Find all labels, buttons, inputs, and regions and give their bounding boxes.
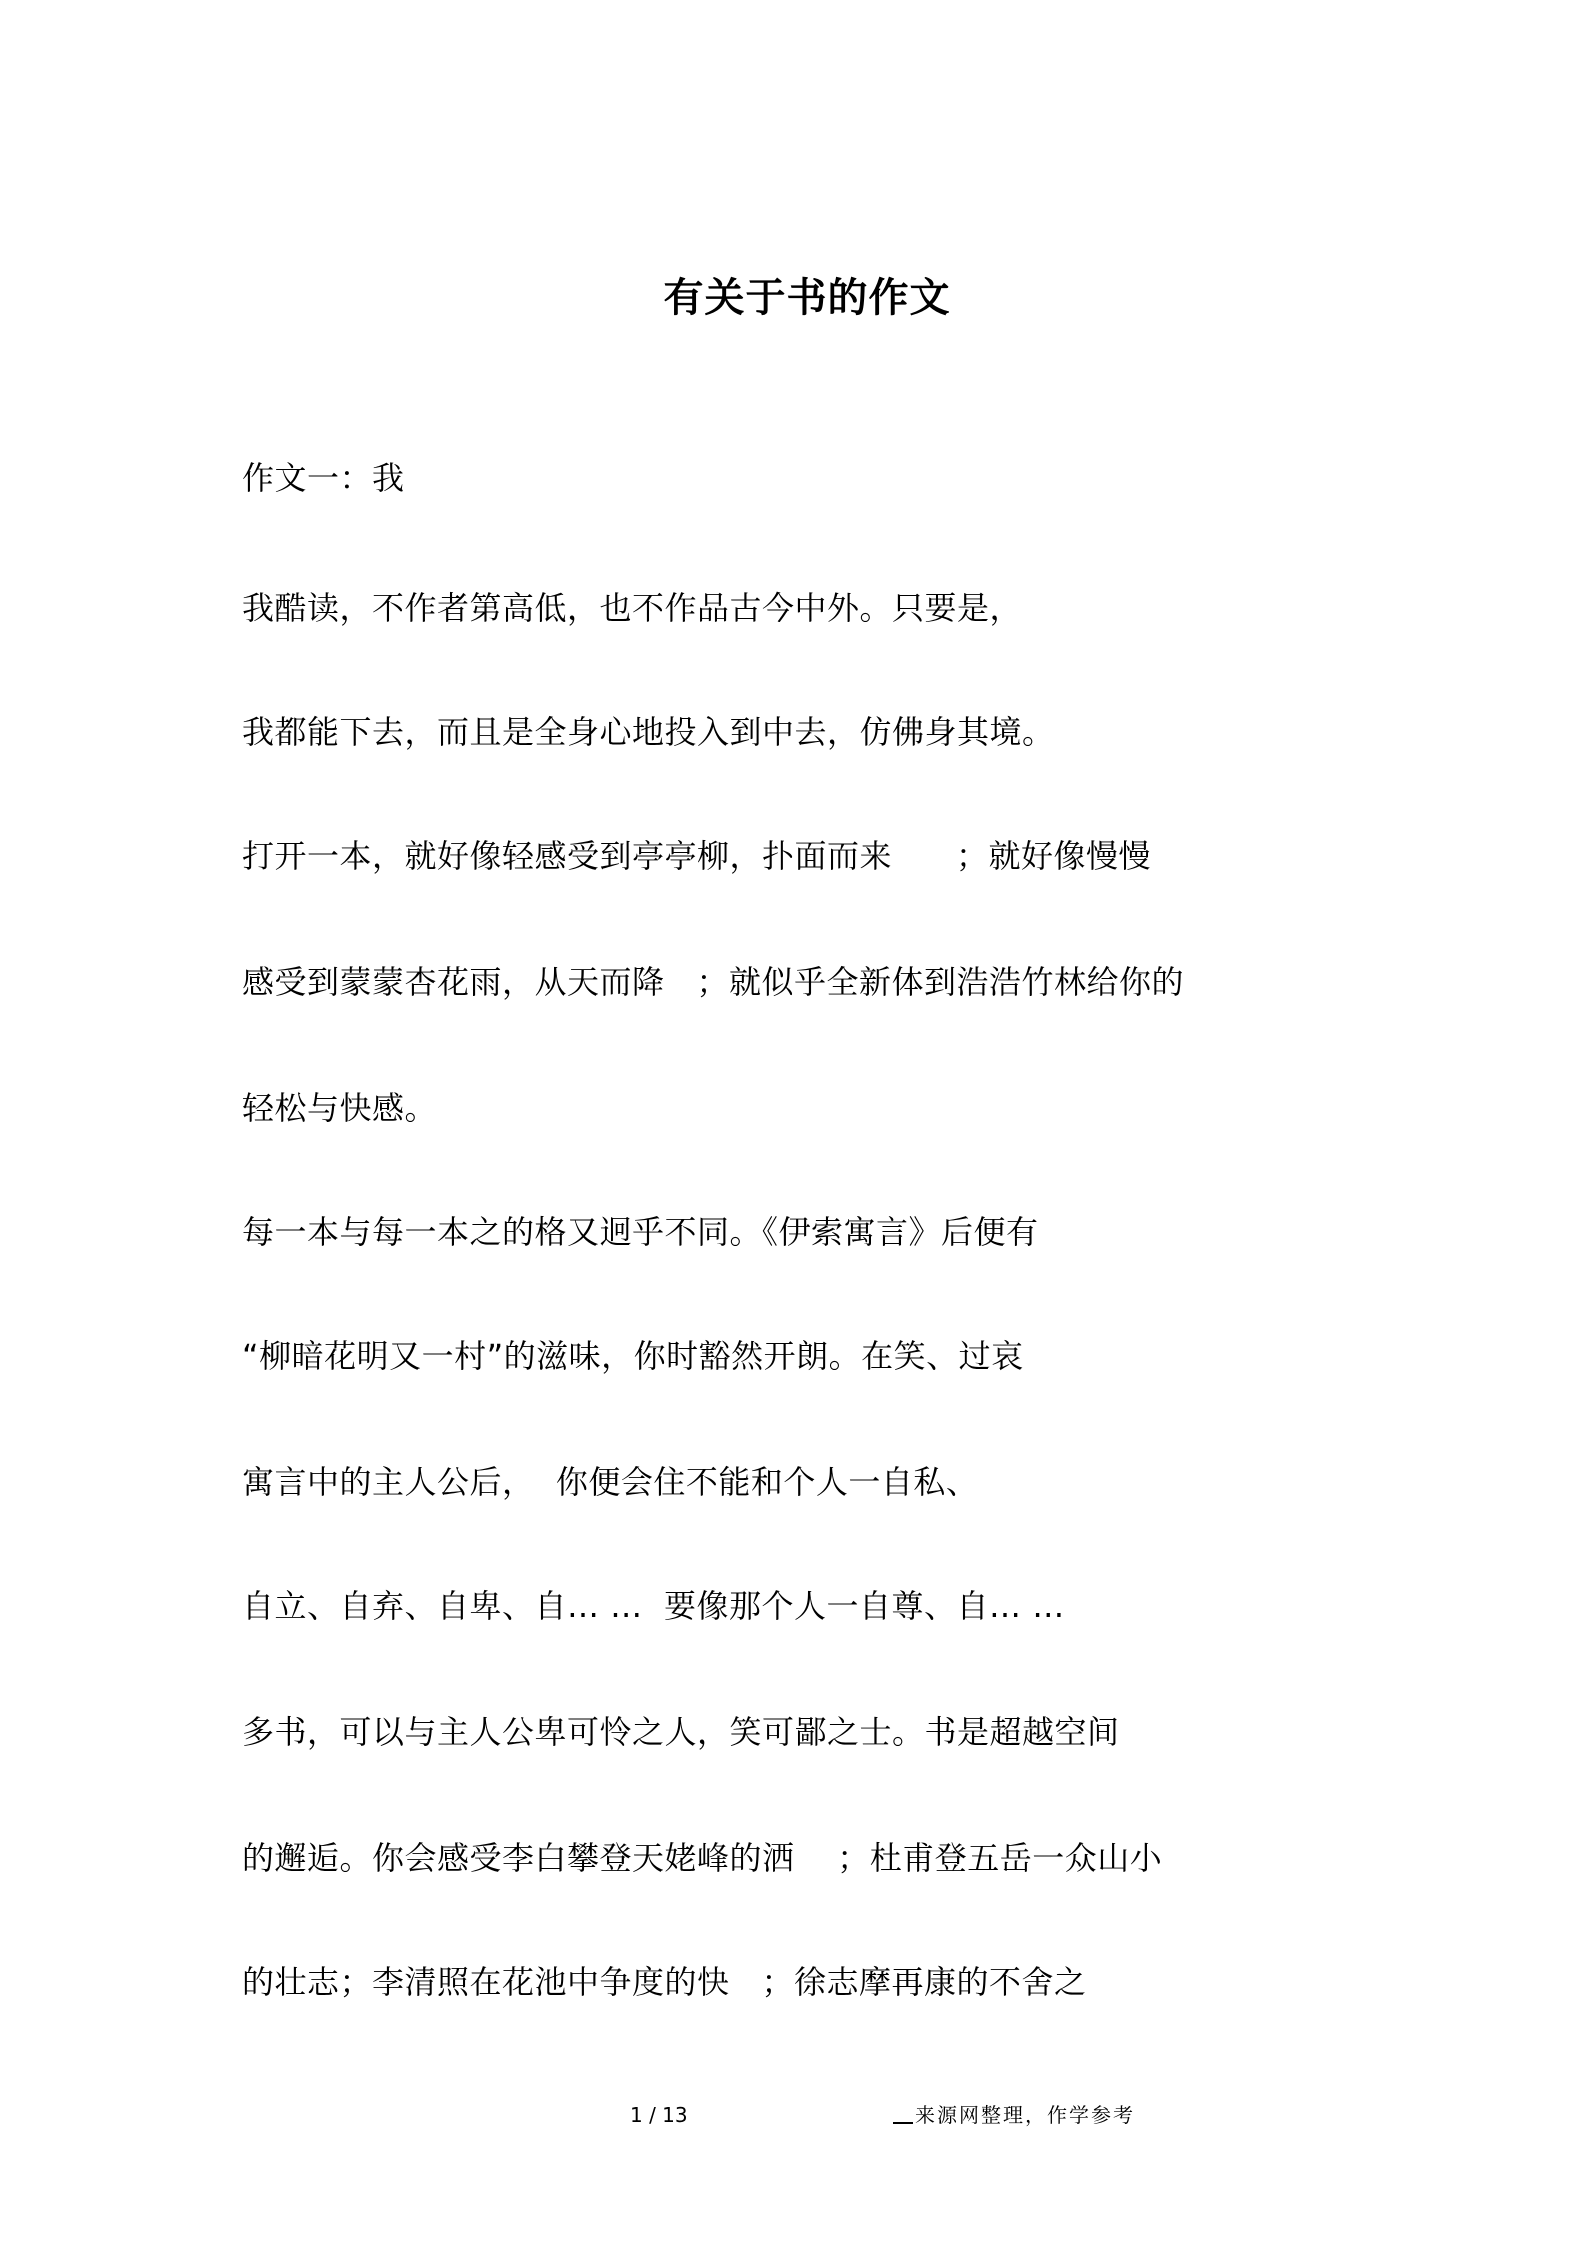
document-page: 有关于书的作文 作文一：我 我酷读，不作者第高低，也不作品古今中外。只要是， 我… (0, 0, 1594, 2255)
paragraph-line: 多书，可以与主人公卑可怜之人，笑可鄙之士。书是超越空间 (242, 1716, 1120, 1748)
paragraph-line: 的邂逅。你会感受李白攀登天姥峰的洒 ；杜甫登五岳一众山小 (242, 1842, 1162, 1874)
document-title: 有关于书的作文 (0, 278, 1594, 318)
paragraph-line: 每一本与每一本之的格又迥乎不同。《伊索寓言》后便有 (242, 1216, 1039, 1248)
paragraph-line: 我都能下去，而且是全身心地投入到中去，仿佛身其境。 (242, 716, 1055, 748)
source-note-text: 来源网整理，作学参考 (915, 2103, 1135, 2127)
paragraph-line: 感受到蒙蒙杏花雨，从天而降 ；就似乎全新体到浩浩竹林给你的 (242, 966, 1184, 998)
paragraph-line: 自立、自弃、自卑、自… … 要像那个人一自尊、自… … (242, 1590, 1065, 1622)
paragraph-line: 打开一本，就好像轻感受到亭亭柳，扑面而来 ；就好像慢慢 (242, 840, 1151, 872)
paragraph-line: 我酷读，不作者第高低，也不作品古今中外。只要是， (242, 592, 1022, 624)
underline-mark (893, 2122, 913, 2124)
paragraph-line: 寓言中的主人公后， 你便会住不能和个人一自私、 (242, 1466, 978, 1498)
paragraph-line: 的壮志；李清照在花池中争度的快 ；徐志摩再康的不舍之 (242, 1966, 1087, 1998)
source-note: 来源网整理，作学参考 (893, 2105, 1135, 2125)
paragraph-line: 轻松与快感。 (242, 1092, 437, 1124)
paragraph-line: “柳暗花明又一村”的滋味，你时豁然开朗。在笑、过哀 (242, 1340, 1024, 1372)
section-heading: 作文一：我 (242, 462, 405, 494)
page-indicator: 1 / 13 (630, 2105, 688, 2125)
document-title-text: 有关于书的作文 (664, 275, 951, 321)
